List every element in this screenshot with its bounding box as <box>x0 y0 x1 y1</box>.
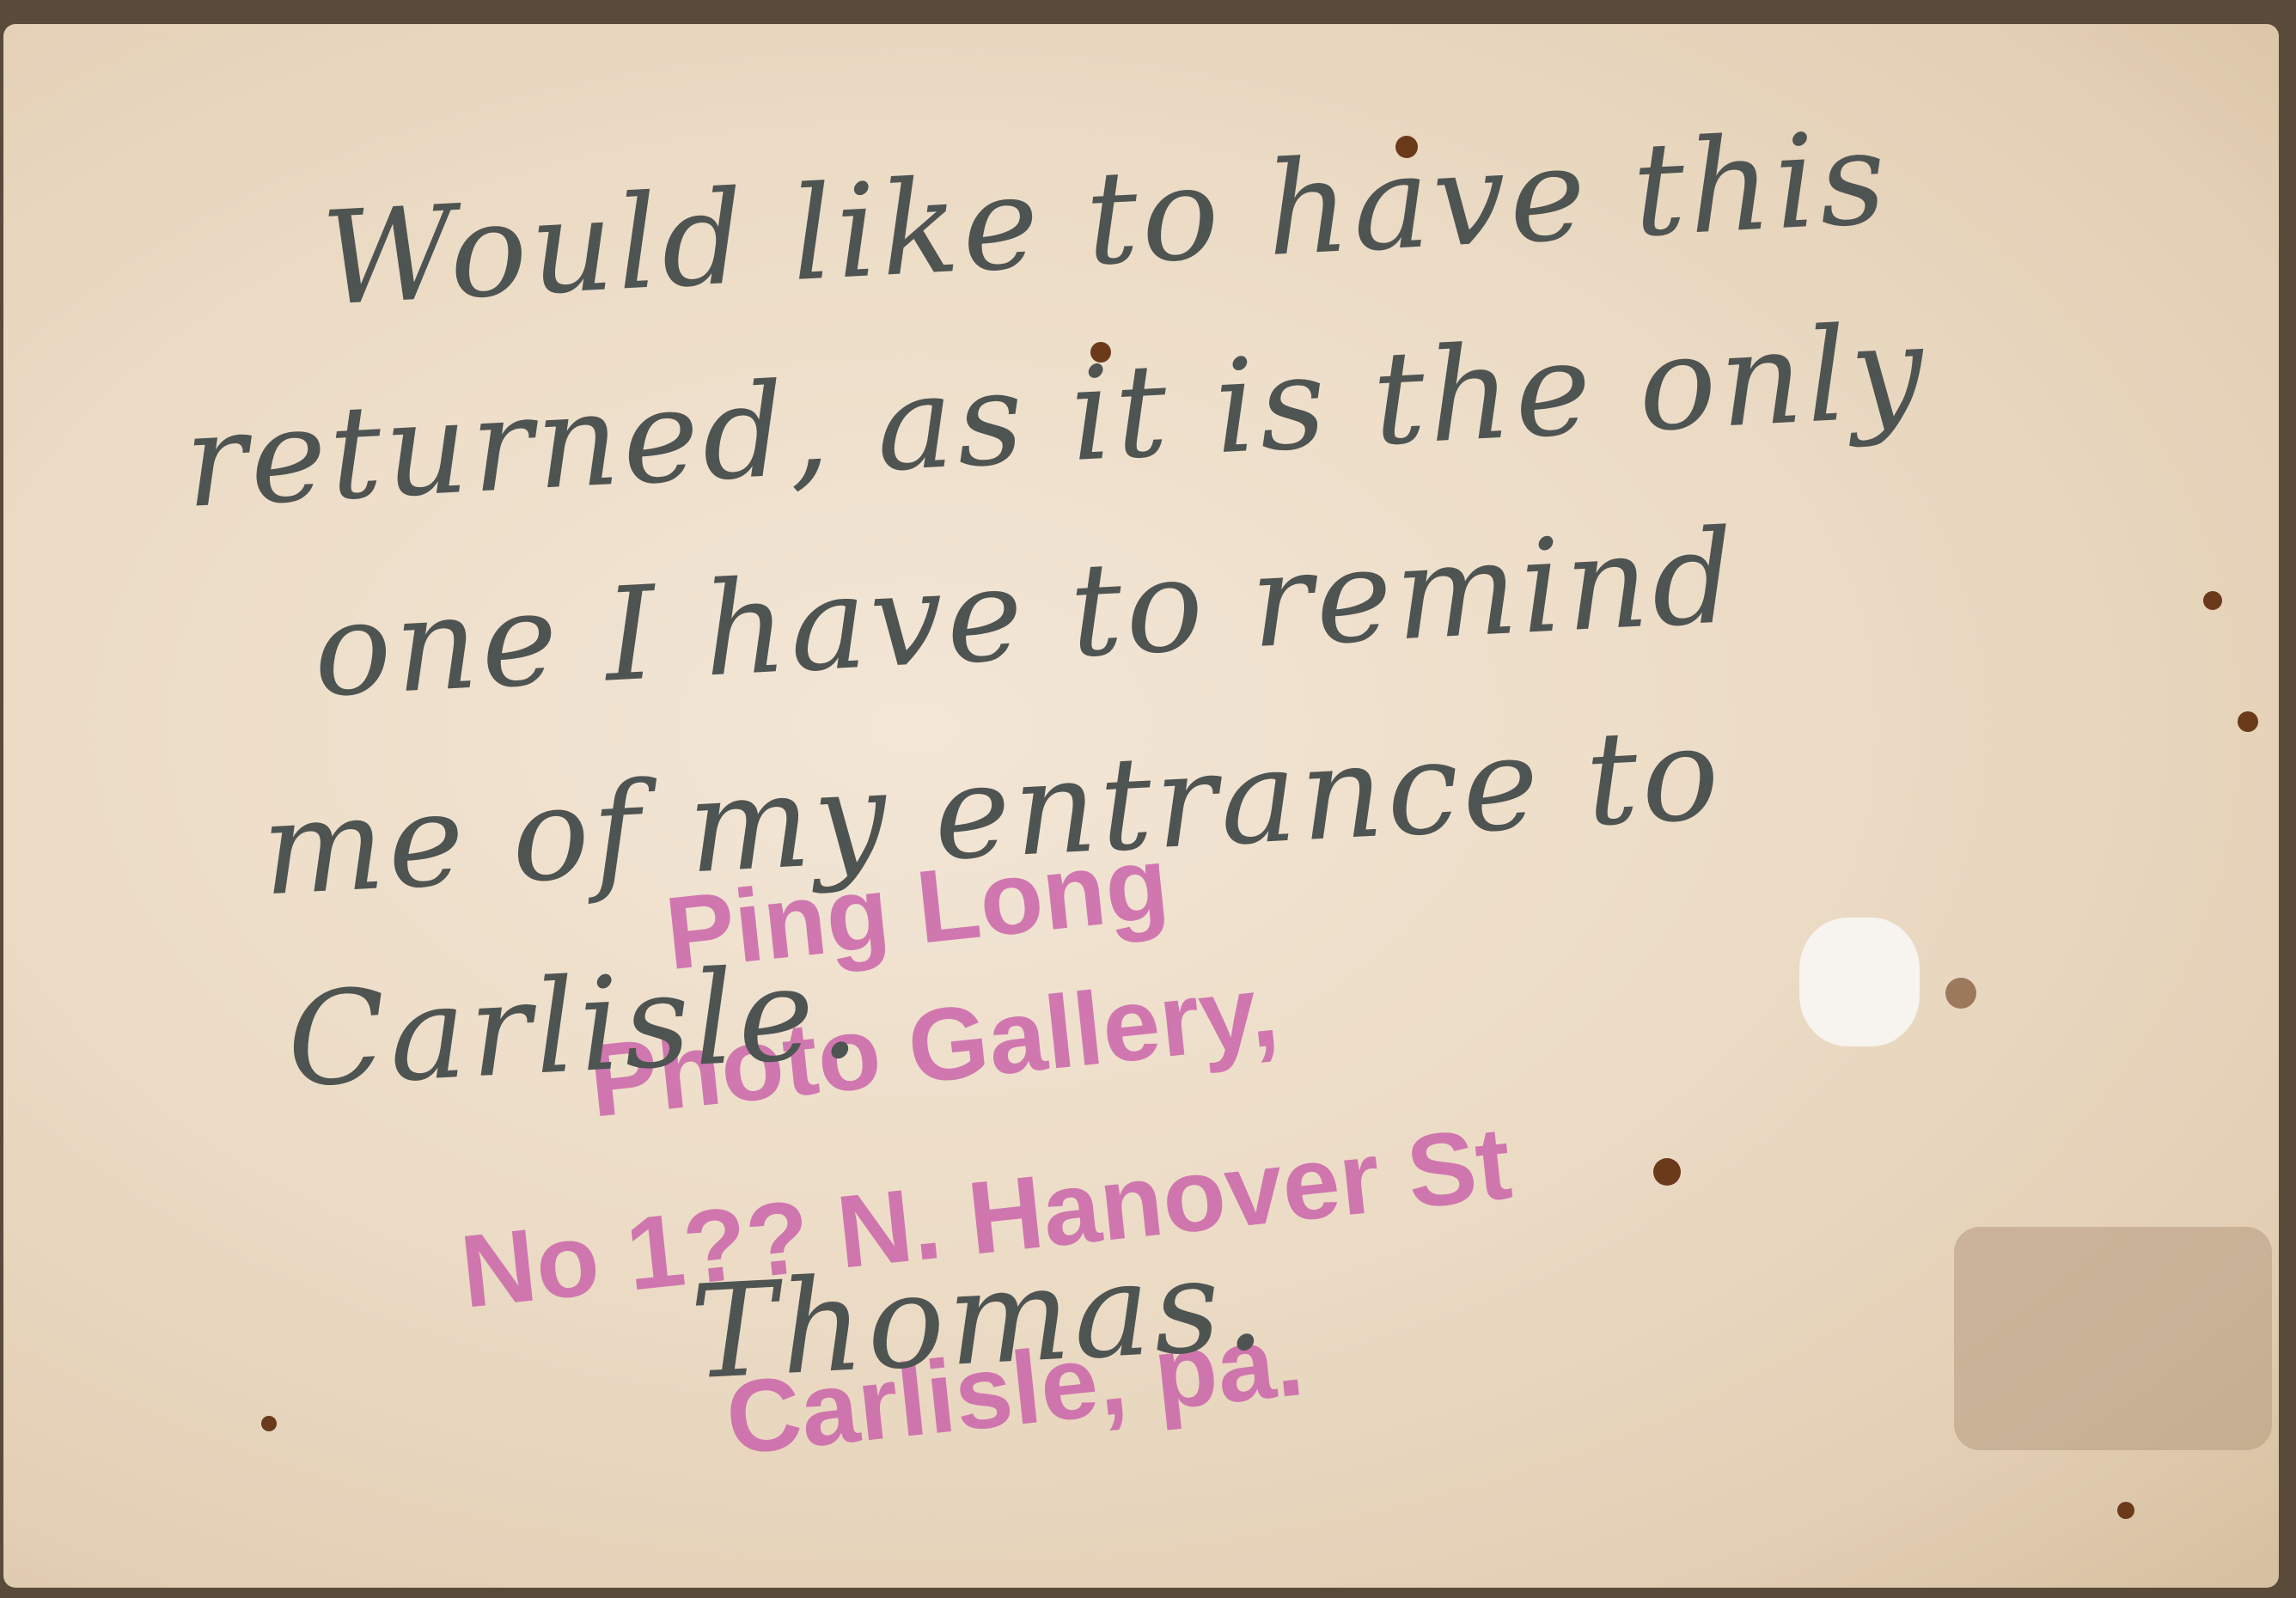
foxing-spot <box>2238 711 2258 732</box>
signature: Thomas. <box>687 1229 1271 1409</box>
handwriting-line-2: returned, as it is the only <box>181 296 1931 537</box>
handwriting-line-1: Would like to have this <box>319 103 1893 334</box>
foxing-spot <box>1090 342 1111 363</box>
card-back: Ping Long Photo Gallery, No 1?? N. Hanov… <box>3 24 2279 1588</box>
foxing-spot <box>261 1416 277 1431</box>
foxing-spot <box>2203 591 2222 610</box>
foxing-spot <box>1945 978 1976 1009</box>
paper-tear <box>1799 918 1920 1046</box>
foxing-spot <box>2117 1502 2134 1519</box>
handwriting-line-3: one I have to remind <box>310 503 1742 727</box>
foxing-spot <box>1653 1158 1681 1186</box>
water-stain <box>1954 1227 2272 1450</box>
handwriting-line-5: Carlisle. <box>284 937 865 1117</box>
foxing-spot <box>1395 136 1418 158</box>
